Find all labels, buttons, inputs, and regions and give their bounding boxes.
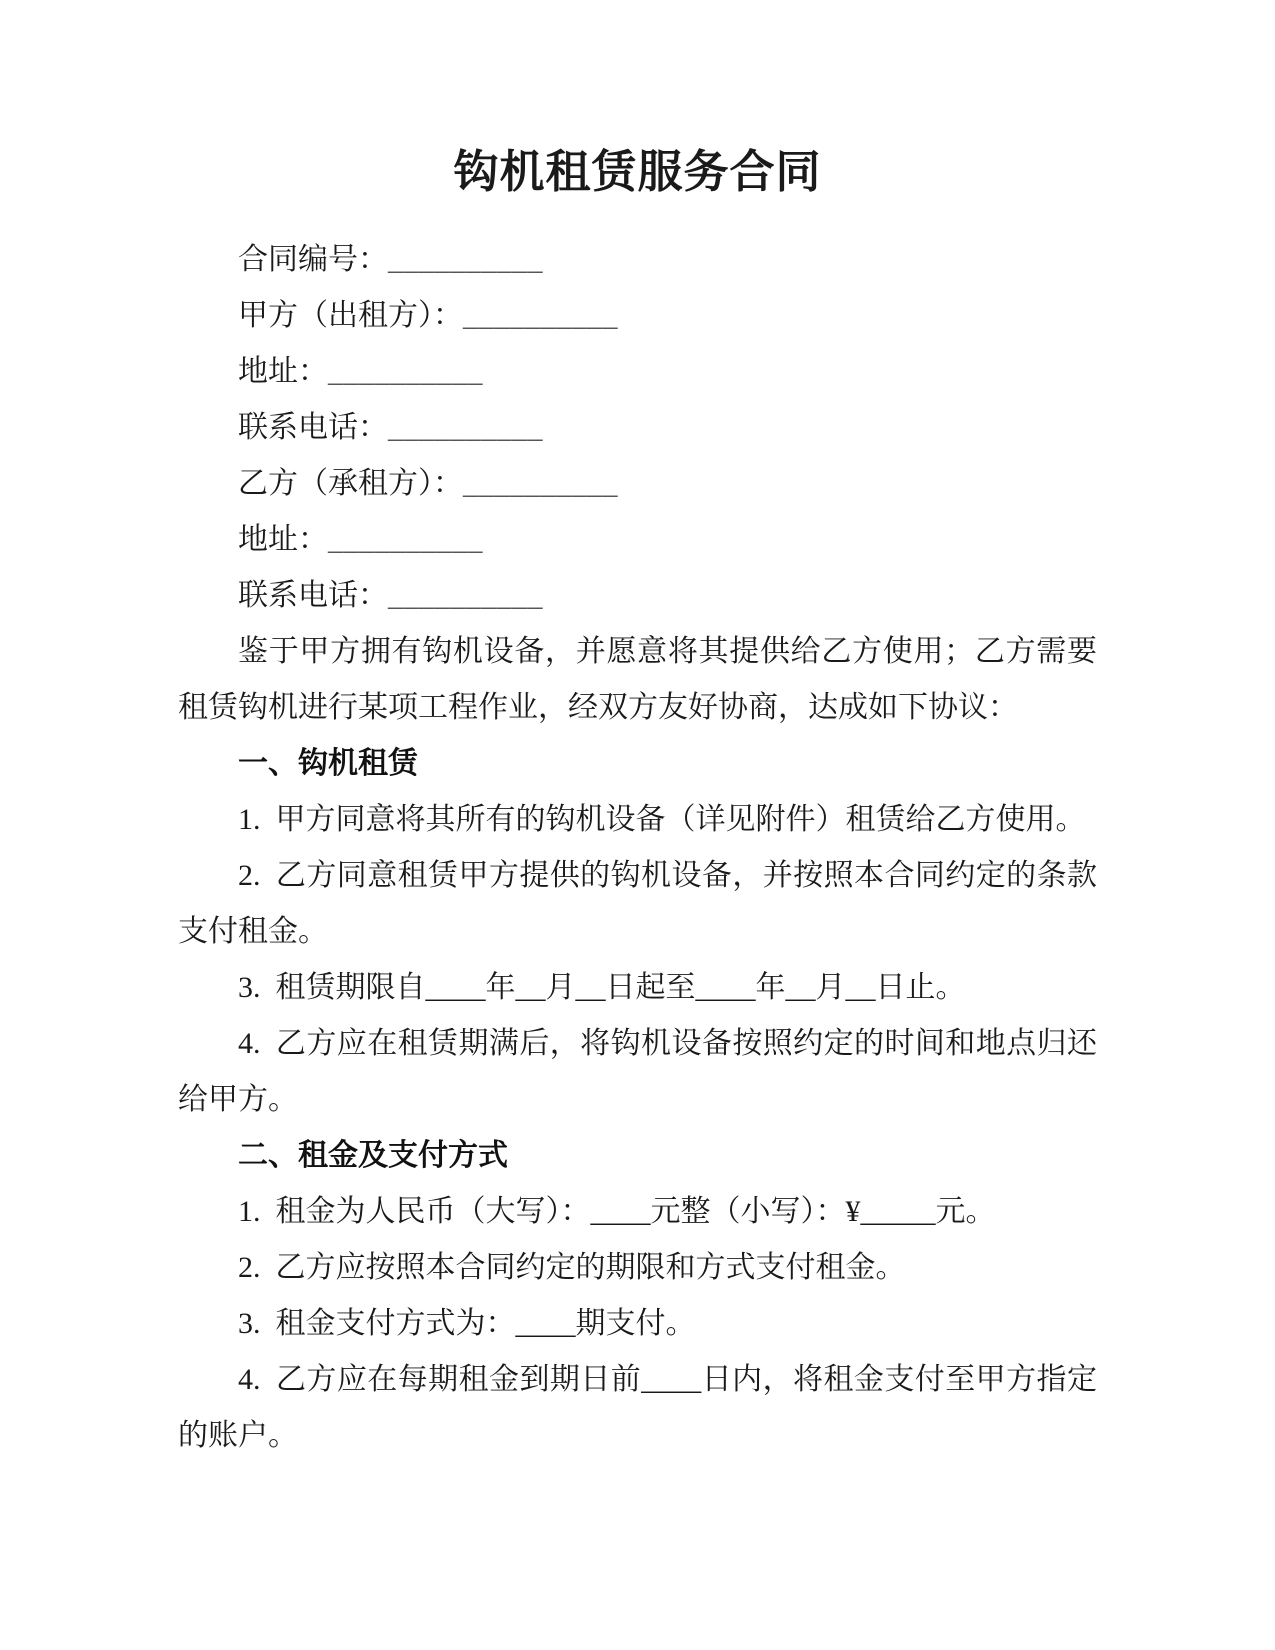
clause-1-4: 4. 乙方应在租赁期满后，将钩机设备按照约定的时间和地点归还给甲方。: [178, 1016, 1097, 1128]
clause-1-2: 2. 乙方同意租赁甲方提供的钩机设备，并按照本合同约定的条款支付租金。: [178, 848, 1097, 960]
field-party-b-address: 地址：__________: [178, 512, 1097, 568]
clause-1-3: 3. 租赁期限自____年__月__日起至____年__月__日止。: [178, 960, 1097, 1016]
field-party-a-address: 地址：__________: [178, 344, 1097, 400]
field-party-b-phone: 联系电话：__________: [178, 568, 1097, 624]
clause-2-1: 1. 租金为人民币（大写）：____元整（小写）：¥_____元。: [178, 1184, 1097, 1240]
field-party-a-address-label: 地址：: [238, 355, 328, 388]
section-1-heading: 一、钩机租赁: [178, 736, 1097, 792]
contract-document-page: 钩机租赁服务合同 合同编号：__________ 甲方（出租方）：_______…: [0, 0, 1275, 1650]
field-party-b-blank: __________: [463, 467, 618, 500]
field-party-a-phone-blank: __________: [388, 411, 543, 444]
field-party-b-phone-label: 联系电话：: [238, 579, 388, 612]
field-party-a-blank: __________: [463, 299, 618, 332]
field-party-b-address-label: 地址：: [238, 523, 328, 556]
field-party-b-address-blank: __________: [328, 523, 483, 556]
field-party-a-address-blank: __________: [328, 355, 483, 388]
field-party-a: 甲方（出租方）：__________: [178, 288, 1097, 344]
clause-2-2: 2. 乙方应按照本合同约定的期限和方式支付租金。: [178, 1240, 1097, 1296]
field-party-a-phone-label: 联系电话：: [238, 411, 388, 444]
field-contract-number: 合同编号：__________: [178, 232, 1097, 288]
field-contract-number-label: 合同编号：: [238, 243, 388, 276]
field-party-b-phone-blank: __________: [388, 579, 543, 612]
clause-1-1: 1. 甲方同意将其所有的钩机设备（详见附件）租赁给乙方使用。: [178, 792, 1097, 848]
field-contract-number-blank: __________: [388, 243, 543, 276]
preamble-paragraph: 鉴于甲方拥有钩机设备，并愿意将其提供给乙方使用；乙方需要租赁钩机进行某项工程作业…: [178, 624, 1097, 736]
section-2-heading: 二、租金及支付方式: [178, 1128, 1097, 1184]
clause-2-4: 4. 乙方应在每期租金到期日前____日内，将租金支付至甲方指定的账户。: [178, 1352, 1097, 1464]
clause-2-3: 3. 租金支付方式为：____期支付。: [178, 1296, 1097, 1352]
document-title: 钩机租赁服务合同: [178, 144, 1097, 200]
field-party-b-label: 乙方（承租方）：: [238, 467, 463, 500]
field-party-b: 乙方（承租方）：__________: [178, 456, 1097, 512]
field-party-a-phone: 联系电话：__________: [178, 400, 1097, 456]
field-party-a-label: 甲方（出租方）：: [238, 299, 463, 332]
